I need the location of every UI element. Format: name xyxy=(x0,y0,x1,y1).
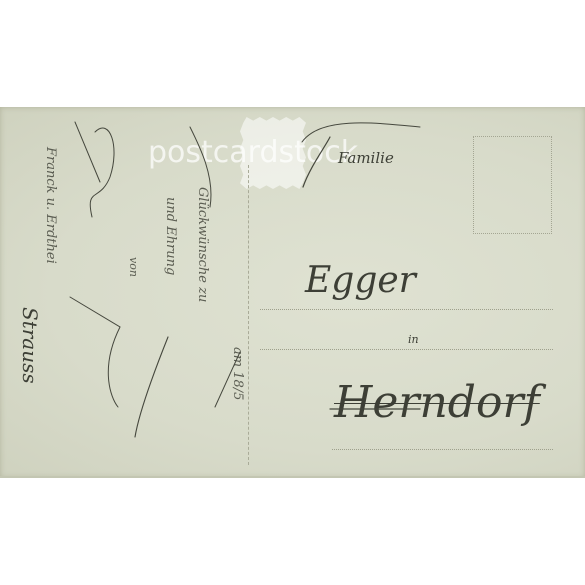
postcard: postcardstock Familie Egger in Herndorf … xyxy=(0,107,585,478)
card-bottom-edge xyxy=(0,476,585,478)
handwriting-flourishes xyxy=(0,107,585,478)
